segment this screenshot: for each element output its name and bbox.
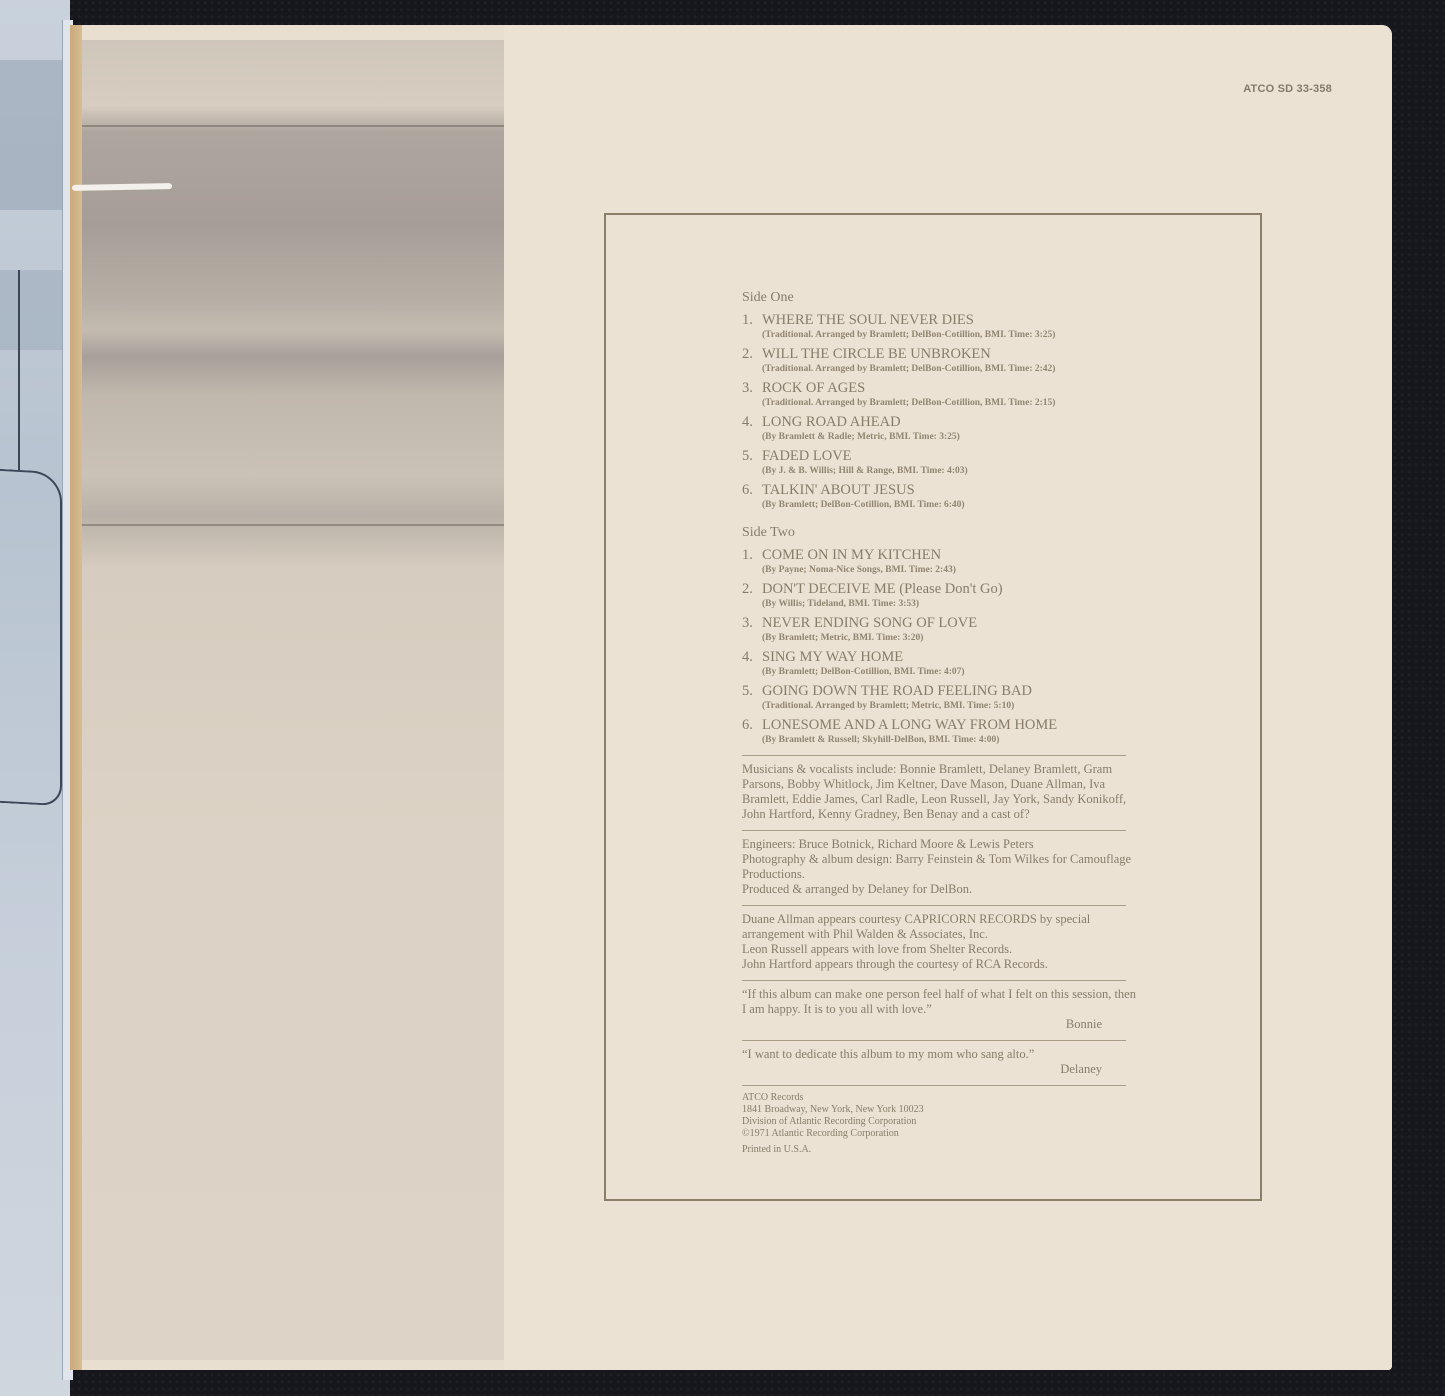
courtesy-note: Duane Allman appears courtesy CAPRICORN … [742,912,1142,942]
track-credit: (By J. & B. Willis; Hill & Range, BMI. T… [762,465,1142,478]
track-item: 5.GOING DOWN THE ROAD FEELING BAD (Tradi… [742,683,1142,713]
cover-shadow-band [0,60,70,210]
catalog-number: ATCO SD 33-358 [1243,83,1332,95]
side-one-heading: Side One [742,290,1142,306]
track-title: GOING DOWN THE ROAD FEELING BAD [762,683,1032,700]
track-item: 4.SING MY WAY HOME (By Bramlett; DelBon-… [742,649,1142,679]
track-number: 4. [742,414,762,431]
quote-author: Bonnie [742,1017,1102,1032]
track-credit: (By Bramlett; DelBon-Cotillion, BMI. Tim… [762,499,1142,512]
track-credit: (By Willis; Tideland, BMI. Time: 3:53) [762,598,1142,611]
track-item: 2.DON'T DECEIVE ME (Please Don't Go) (By… [742,581,1142,611]
label-name: ATCO Records [742,1092,1142,1104]
track-item: 1.COME ON IN MY KITCHEN (By Payne; Noma-… [742,547,1142,577]
producer-credit: Produced & arranged by Delaney for DelBo… [742,882,1142,897]
track-credit: (Traditional. Arranged by Bramlett; DelB… [762,363,1142,376]
label-division: Division of Atlantic Recording Corporati… [742,1116,1142,1128]
photo-horizon-line [82,524,504,526]
album-spine [70,25,82,1370]
track-number: 2. [742,346,762,363]
quote-author: Delaney [742,1062,1102,1077]
divider [742,830,1126,831]
track-title: LONESOME AND A LONG WAY FROM HOME [762,717,1057,734]
track-number: 5. [742,683,762,700]
cover-photo-panel [82,40,504,1360]
track-item: 3.ROCK OF AGES (Traditional. Arranged by… [742,380,1142,410]
track-credit: (By Payne; Noma-Nice Songs, BMI. Time: 2… [762,564,1142,577]
design-credit: Photography & album design: Barry Feinst… [742,852,1142,882]
track-title: SING MY WAY HOME [762,649,903,666]
hanger-outline-icon [0,468,62,806]
label-copyright: ©1971 Atlantic Recording Corporation [742,1128,1142,1140]
track-item: 4.LONG ROAD AHEAD (By Bramlett & Radle; … [742,414,1142,444]
engineers-credit: Engineers: Bruce Botnick, Richard Moore … [742,837,1142,852]
track-item: 1.WHERE THE SOUL NEVER DIES (Traditional… [742,312,1142,342]
track-title: ROCK OF AGES [762,380,865,397]
liner-notes-content: Side One 1.WHERE THE SOUL NEVER DIES (Tr… [742,290,1142,1156]
track-credit: (Traditional. Arranged by Bramlett; DelB… [762,397,1142,410]
track-number: 4. [742,649,762,666]
track-credit: (By Bramlett & Russell; Skyhill-DelBon, … [762,734,1142,747]
track-title: WHERE THE SOUL NEVER DIES [762,312,974,329]
quote-text: “I want to dedicate this album to my mom… [742,1047,1142,1062]
musicians-list: Musicians & vocalists include: Bonnie Br… [742,762,1142,822]
left-cover-panel [0,0,70,1396]
side-two-heading: Side Two [742,525,1142,541]
track-number: 6. [742,482,762,499]
track-title: COME ON IN MY KITCHEN [762,547,941,564]
photo-wire-line [82,125,504,127]
track-item: 3.NEVER ENDING SONG OF LOVE (By Bramlett… [742,615,1142,645]
track-title: WILL THE CIRCLE BE UNBROKEN [762,346,991,363]
track-item: 6.TALKIN' ABOUT JESUS (By Bramlett; DelB… [742,482,1142,512]
divider [742,1085,1126,1086]
courtesy-note: Leon Russell appears with love from Shel… [742,942,1142,957]
album-gatefold-page: ATCO SD 33-358 Side One 1.WHERE THE SOUL… [70,25,1392,1370]
divider [742,980,1126,981]
divider [742,905,1126,906]
track-number: 1. [742,312,762,329]
cover-shadow-band [0,270,70,350]
track-number: 5. [742,448,762,465]
track-title: DON'T DECEIVE ME (Please Don't Go) [762,581,1003,598]
courtesy-note: John Hartford appears through the courte… [742,957,1142,972]
track-item: 6.LONESOME AND A LONG WAY FROM HOME (By … [742,717,1142,747]
label-address: 1841 Broadway, New York, New York 10023 [742,1104,1142,1116]
hanger-hook-icon [18,270,20,470]
track-item: 2.WILL THE CIRCLE BE UNBROKEN (Tradition… [742,346,1142,376]
track-number: 3. [742,380,762,397]
track-title: TALKIN' ABOUT JESUS [762,482,915,499]
printed-in: Printed in U.S.A. [742,1144,1142,1156]
track-credit: (By Bramlett & Radle; Metric, BMI. Time:… [762,431,1142,444]
photo-scratch-mark [72,183,172,191]
track-number: 2. [742,581,762,598]
divider [742,1040,1126,1041]
track-credit: (Traditional. Arranged by Bramlett; Metr… [762,700,1142,713]
track-title: NEVER ENDING SONG OF LOVE [762,615,977,632]
track-item: 5.FADED LOVE (By J. & B. Willis; Hill & … [742,448,1142,478]
track-title: LONG ROAD AHEAD [762,414,901,431]
track-number: 1. [742,547,762,564]
liner-notes-page: ATCO SD 33-358 Side One 1.WHERE THE SOUL… [504,25,1392,1370]
track-title: FADED LOVE [762,448,852,465]
divider [742,755,1126,756]
track-number: 3. [742,615,762,632]
track-number: 6. [742,717,762,734]
track-credit: (Traditional. Arranged by Bramlett; DelB… [762,329,1142,342]
label-footer: ATCO Records 1841 Broadway, New York, Ne… [742,1092,1142,1156]
quote-text: “If this album can make one person feel … [742,987,1142,1017]
track-credit: (By Bramlett; DelBon-Cotillion, BMI. Tim… [762,666,1142,679]
track-credit: (By Bramlett; Metric, BMI. Time: 3:20) [762,632,1142,645]
